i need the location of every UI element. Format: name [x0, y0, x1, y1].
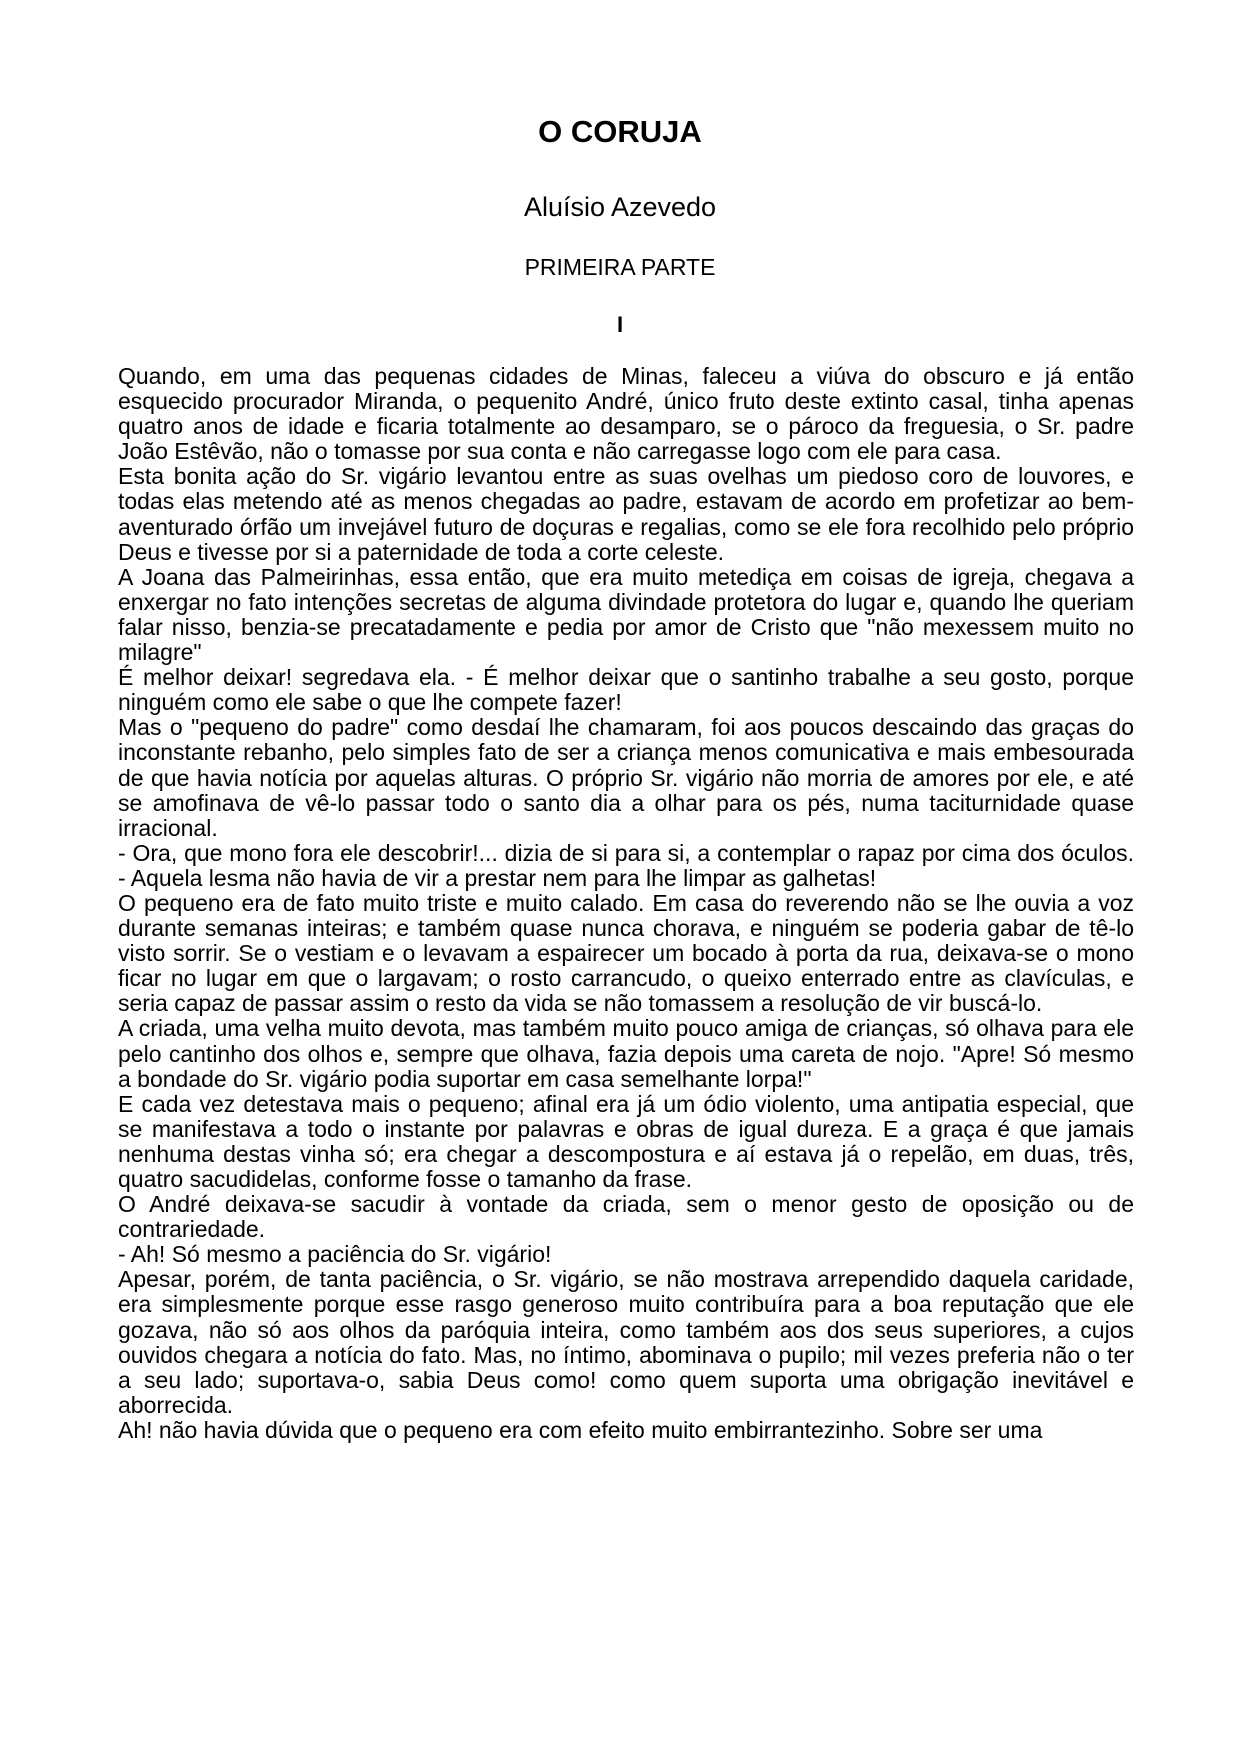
paragraph: A Joana das Palmeirinhas, essa então, qu… [118, 565, 1134, 665]
paragraph: A criada, uma velha muito devota, mas ta… [118, 1016, 1134, 1091]
book-title: O CORUJA [0, 114, 1240, 150]
paragraph: - Ah! Só mesmo a paciência do Sr. vigári… [118, 1242, 1134, 1267]
body-text: Quando, em uma das pequenas cidades de M… [118, 364, 1134, 1443]
paragraph: Quando, em uma das pequenas cidades de M… [118, 364, 1134, 464]
document-page: O CORUJA Aluísio Azevedo PRIMEIRA PARTE … [0, 0, 1240, 1755]
paragraph: Mas o "pequeno do padre" como desdaí lhe… [118, 715, 1134, 840]
paragraph: Ah! não havia dúvida que o pequeno era c… [118, 1418, 1134, 1443]
paragraph: É melhor deixar! segredava ela. - É melh… [118, 665, 1134, 715]
paragraph: - Ora, que mono fora ele descobrir!... d… [118, 841, 1134, 891]
author-name: Aluísio Azevedo [0, 191, 1240, 223]
paragraph: Apesar, porém, de tanta paciência, o Sr.… [118, 1267, 1134, 1418]
chapter-number: I [0, 312, 1240, 338]
paragraph: Esta bonita ação do Sr. vigário levantou… [118, 464, 1134, 564]
paragraph: O pequeno era de fato muito triste e mui… [118, 891, 1134, 1016]
paragraph: E cada vez detestava mais o pequeno; afi… [118, 1092, 1134, 1192]
part-heading: PRIMEIRA PARTE [0, 253, 1240, 281]
paragraph: O André deixava-se sacudir à vontade da … [118, 1192, 1134, 1242]
